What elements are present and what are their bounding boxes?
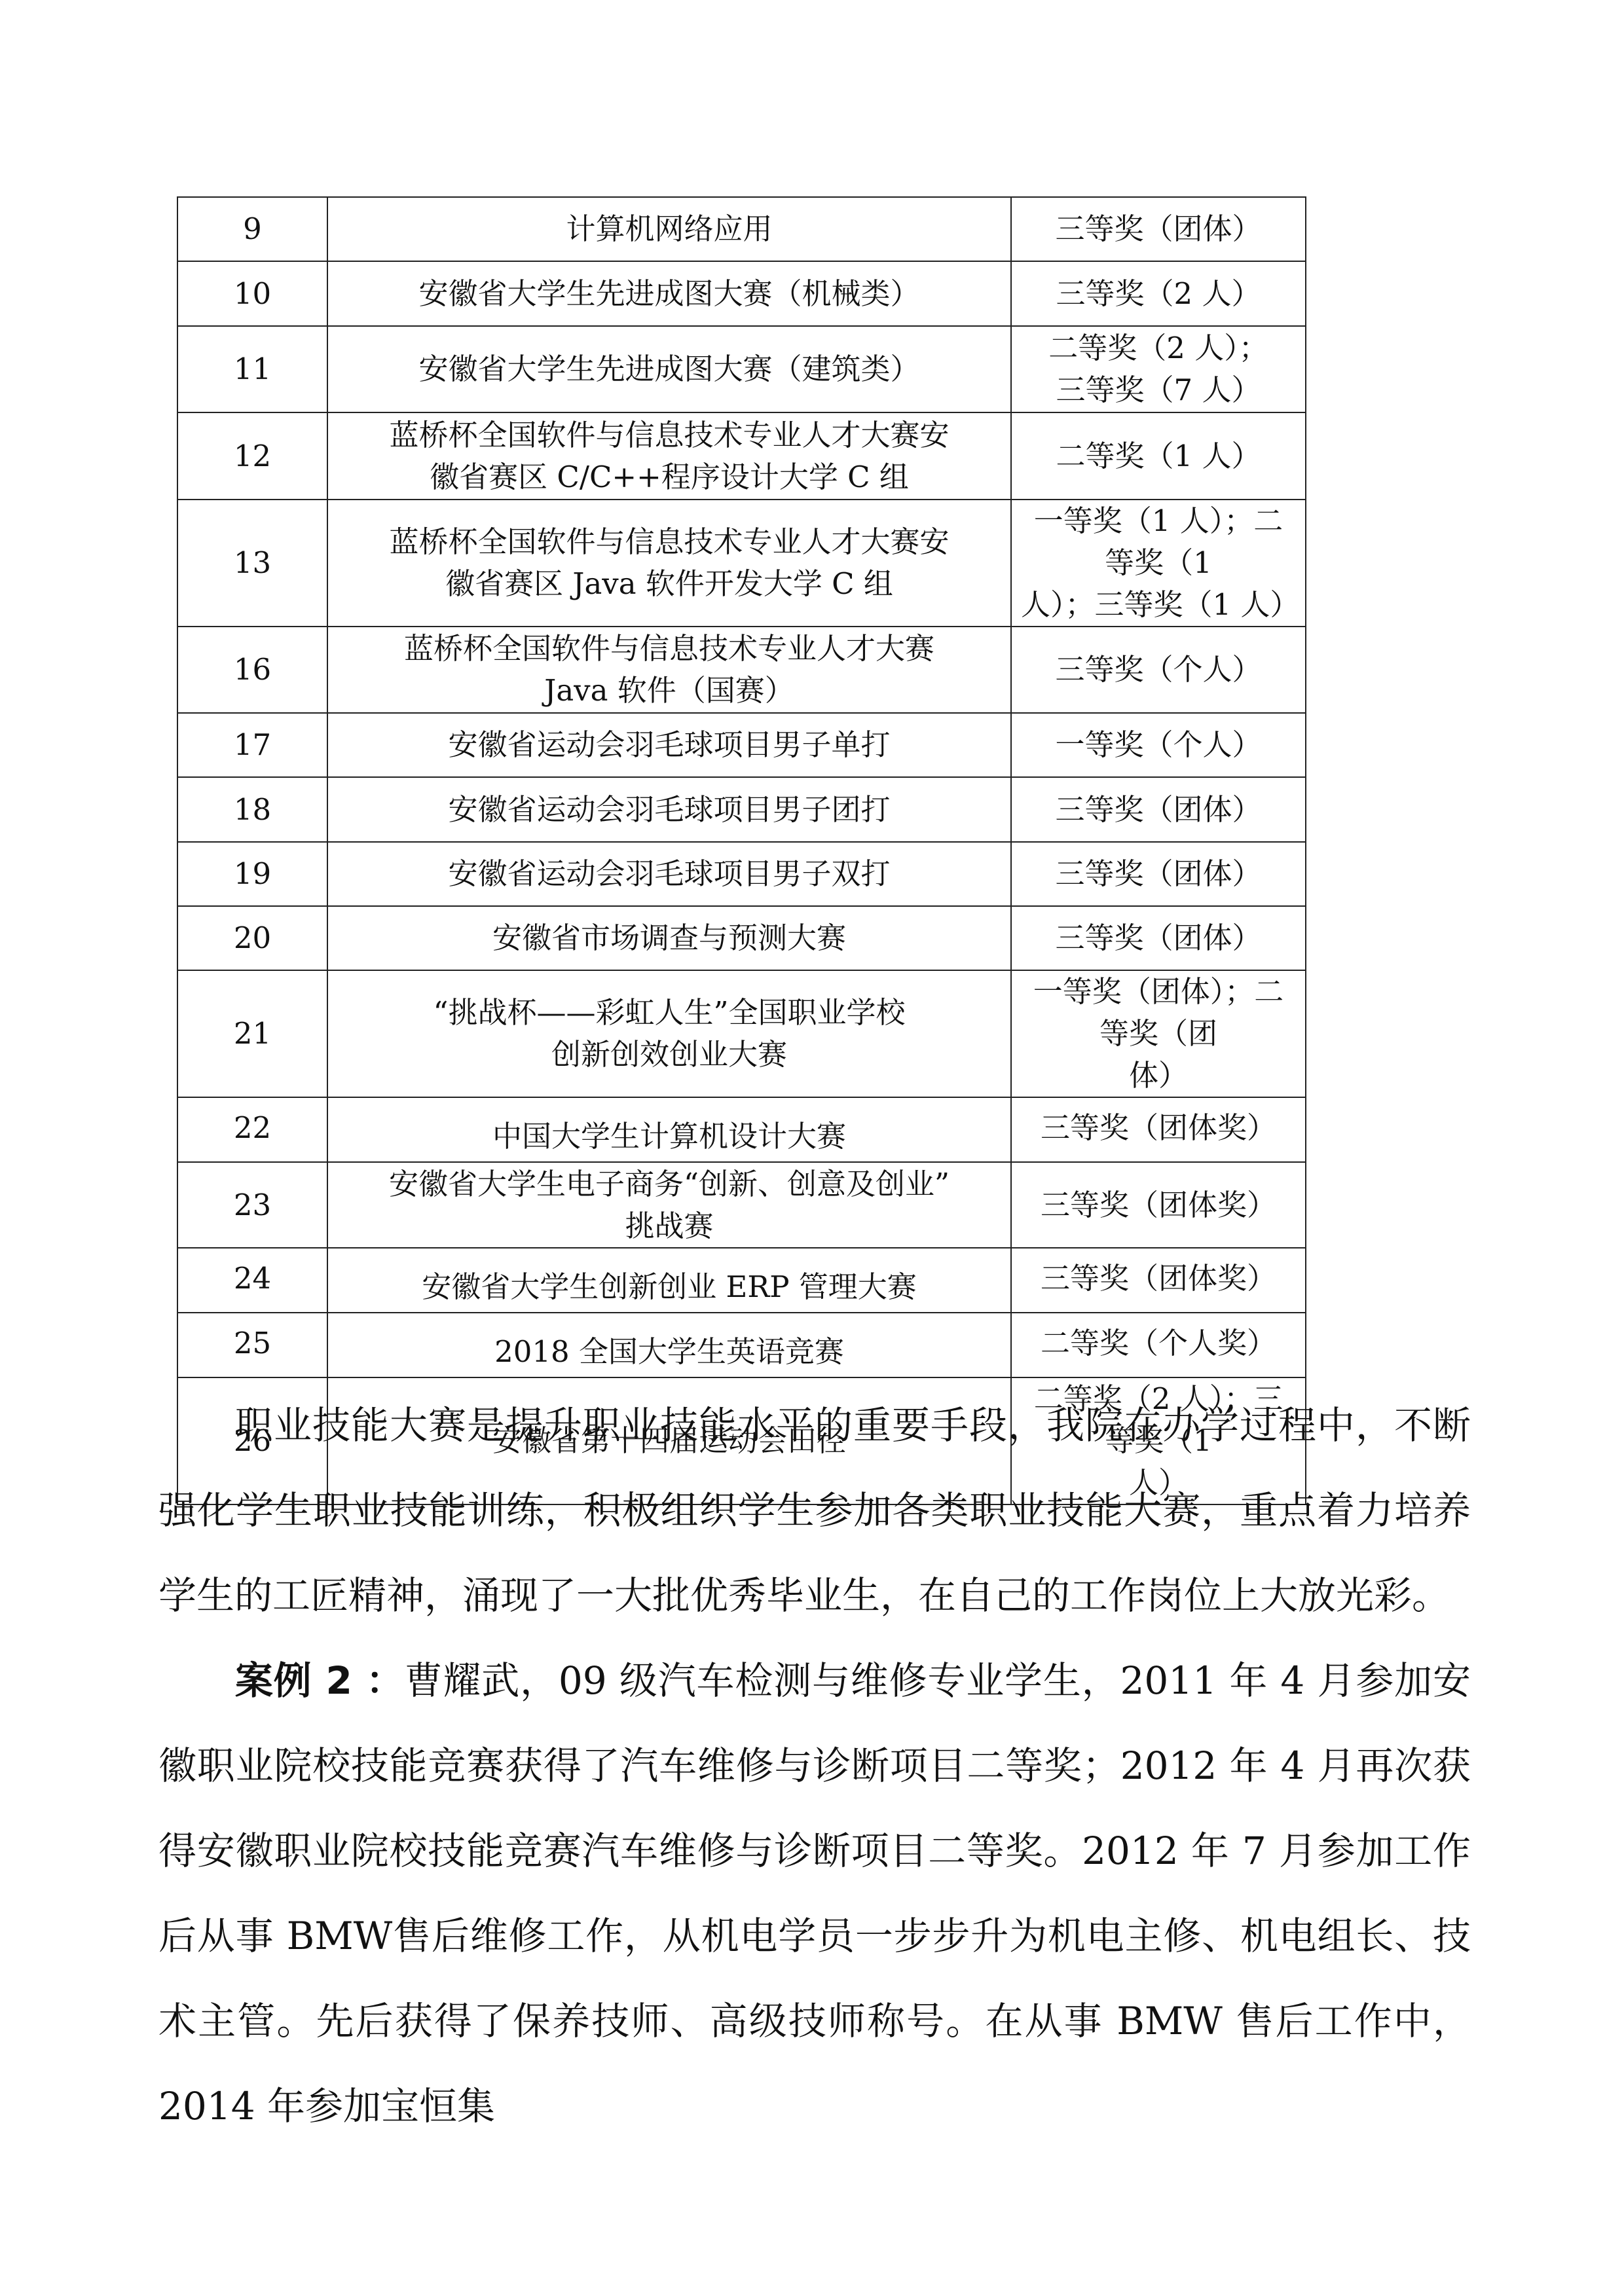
event-name: 安徽省大学生创新创业 ERP 管理大赛 [327,1248,1011,1313]
event-name: 计算机网络应用 [327,197,1011,261]
case-label: 案例 2 ： [234,1658,405,1703]
table-row: 25 2018 全国大学生英语竞赛 二等奖（个人奖） [177,1313,1306,1377]
table-row: 12 蓝桥杯全国软件与信息技术专业人才大赛安 徽省赛区 C/C++程序设计大学 … [177,412,1306,500]
event-name: 2018 全国大学生英语竞赛 [327,1313,1011,1377]
award-result: 三等奖（个人） [1011,627,1306,713]
award-result: 三等奖（团体） [1011,777,1306,842]
award-result: 三等奖（团体） [1011,842,1306,906]
event-name: 蓝桥杯全国软件与信息技术专业人才大赛 Java 软件（国赛） [327,627,1011,713]
row-number: 13 [177,500,327,627]
paragraph-line: 职业技能大赛是提升职业技能水平的重要手段，我院在办学过程中，不断 [234,1403,1471,1448]
award-result: 三等奖（团体） [1011,906,1306,970]
row-number: 23 [177,1162,327,1248]
event-name: 蓝桥杯全国软件与信息技术专业人才大赛安 徽省赛区 C/C++程序设计大学 C 组 [327,412,1011,500]
paragraph-case-2: 案例 2 ：曹耀武，09 级汽车检测与维修专业学生，2011 年 4 月参加安徽… [158,1638,1471,2149]
award-result: 一等奖（团体）；二等奖（团 体） [1011,970,1306,1097]
event-name: 安徽省大学生先进成图大赛（机械类） [327,261,1011,326]
award-result: 三等奖（2 人） [1011,261,1306,326]
table-row: 20 安徽省市场调查与预测大赛 三等奖（团体） [177,906,1306,970]
award-result: 三等奖（团体奖） [1011,1162,1306,1248]
table-row: 19 安徽省运动会羽毛球项目男子双打 三等奖（团体） [177,842,1306,906]
row-number: 20 [177,906,327,970]
row-number: 9 [177,197,327,261]
table-row: 24 安徽省大学生创新创业 ERP 管理大赛 三等奖（团体奖） [177,1248,1306,1313]
row-number: 12 [177,412,327,500]
table-row: 10 安徽省大学生先进成图大赛（机械类） 三等奖（2 人） [177,261,1306,326]
table-row: 21 “挑战杯——彩虹人生”全国职业学校 创新创效创业大赛 一等奖（团体）；二等… [177,970,1306,1097]
award-result: 三等奖（团体奖） [1011,1097,1306,1162]
award-result: 三等奖（团体） [1011,197,1306,261]
event-name: “挑战杯——彩虹人生”全国职业学校 创新创效创业大赛 [327,970,1011,1097]
event-name: 安徽省运动会羽毛球项目男子单打 [327,713,1011,777]
event-name: 安徽省大学生电子商务“创新、创意及创业” 挑战赛 [327,1162,1011,1248]
row-number: 17 [177,713,327,777]
event-name: 安徽省运动会羽毛球项目男子团打 [327,777,1011,842]
row-number: 18 [177,777,327,842]
paragraph-skills-competition: 职业技能大赛是提升职业技能水平的重要手段，我院在办学过程中，不断强化学生职业技能… [158,1383,1471,1638]
paragraph-line: 强化学生职业技能训练，积极组织学生参加各类职业技能大赛，重点着力培养 [158,1488,1471,1533]
award-result: 一等奖（1 人）；二等奖（1 人）；三等奖（1 人） [1011,500,1306,627]
table-row: 11 安徽省大学生先进成图大赛（建筑类） 二等奖（2 人）； 三等奖（7 人） [177,326,1306,412]
award-result: 二等奖（2 人）； 三等奖（7 人） [1011,326,1306,412]
table-row: 17 安徽省运动会羽毛球项目男子单打 一等奖（个人） [177,713,1306,777]
event-name: 中国大学生计算机设计大赛 [327,1097,1011,1162]
row-number: 22 [177,1097,327,1162]
event-name: 安徽省大学生先进成图大赛（建筑类） [327,326,1011,412]
row-number: 11 [177,326,327,412]
table-row: 23 安徽省大学生电子商务“创新、创意及创业” 挑战赛 三等奖（团体奖） [177,1162,1306,1248]
award-result: 二等奖（1 人） [1011,412,1306,500]
row-number: 16 [177,627,327,713]
award-result: 二等奖（个人奖） [1011,1313,1306,1377]
event-name: 安徽省运动会羽毛球项目男子双打 [327,842,1011,906]
table-row: 13 蓝桥杯全国软件与信息技术专业人才大赛安 徽省赛区 Java 软件开发大学 … [177,500,1306,627]
event-name: 安徽省市场调查与预测大赛 [327,906,1011,970]
event-name: 蓝桥杯全国软件与信息技术专业人才大赛安 徽省赛区 Java 软件开发大学 C 组 [327,500,1011,627]
row-number: 21 [177,970,327,1097]
award-result: 一等奖（个人） [1011,713,1306,777]
table-row: 16 蓝桥杯全国软件与信息技术专业人才大赛 Java 软件（国赛） 三等奖（个人… [177,627,1306,713]
row-number: 10 [177,261,327,326]
awards-table: 9 计算机网络应用 三等奖（团体） 10 安徽省大学生先进成图大赛（机械类） 三… [177,196,1306,1505]
table-row: 9 计算机网络应用 三等奖（团体） [177,197,1306,261]
table-row: 22 中国大学生计算机设计大赛 三等奖（团体奖） [177,1097,1306,1162]
paragraph-line: 学生的工匠精神，涌现了一大批优秀毕业生，在自己的工作岗位上大放光彩。 [158,1573,1450,1618]
row-number: 19 [177,842,327,906]
row-number: 25 [177,1313,327,1377]
award-result: 三等奖（团体奖） [1011,1248,1306,1313]
table-row: 18 安徽省运动会羽毛球项目男子团打 三等奖（团体） [177,777,1306,842]
row-number: 24 [177,1248,327,1313]
